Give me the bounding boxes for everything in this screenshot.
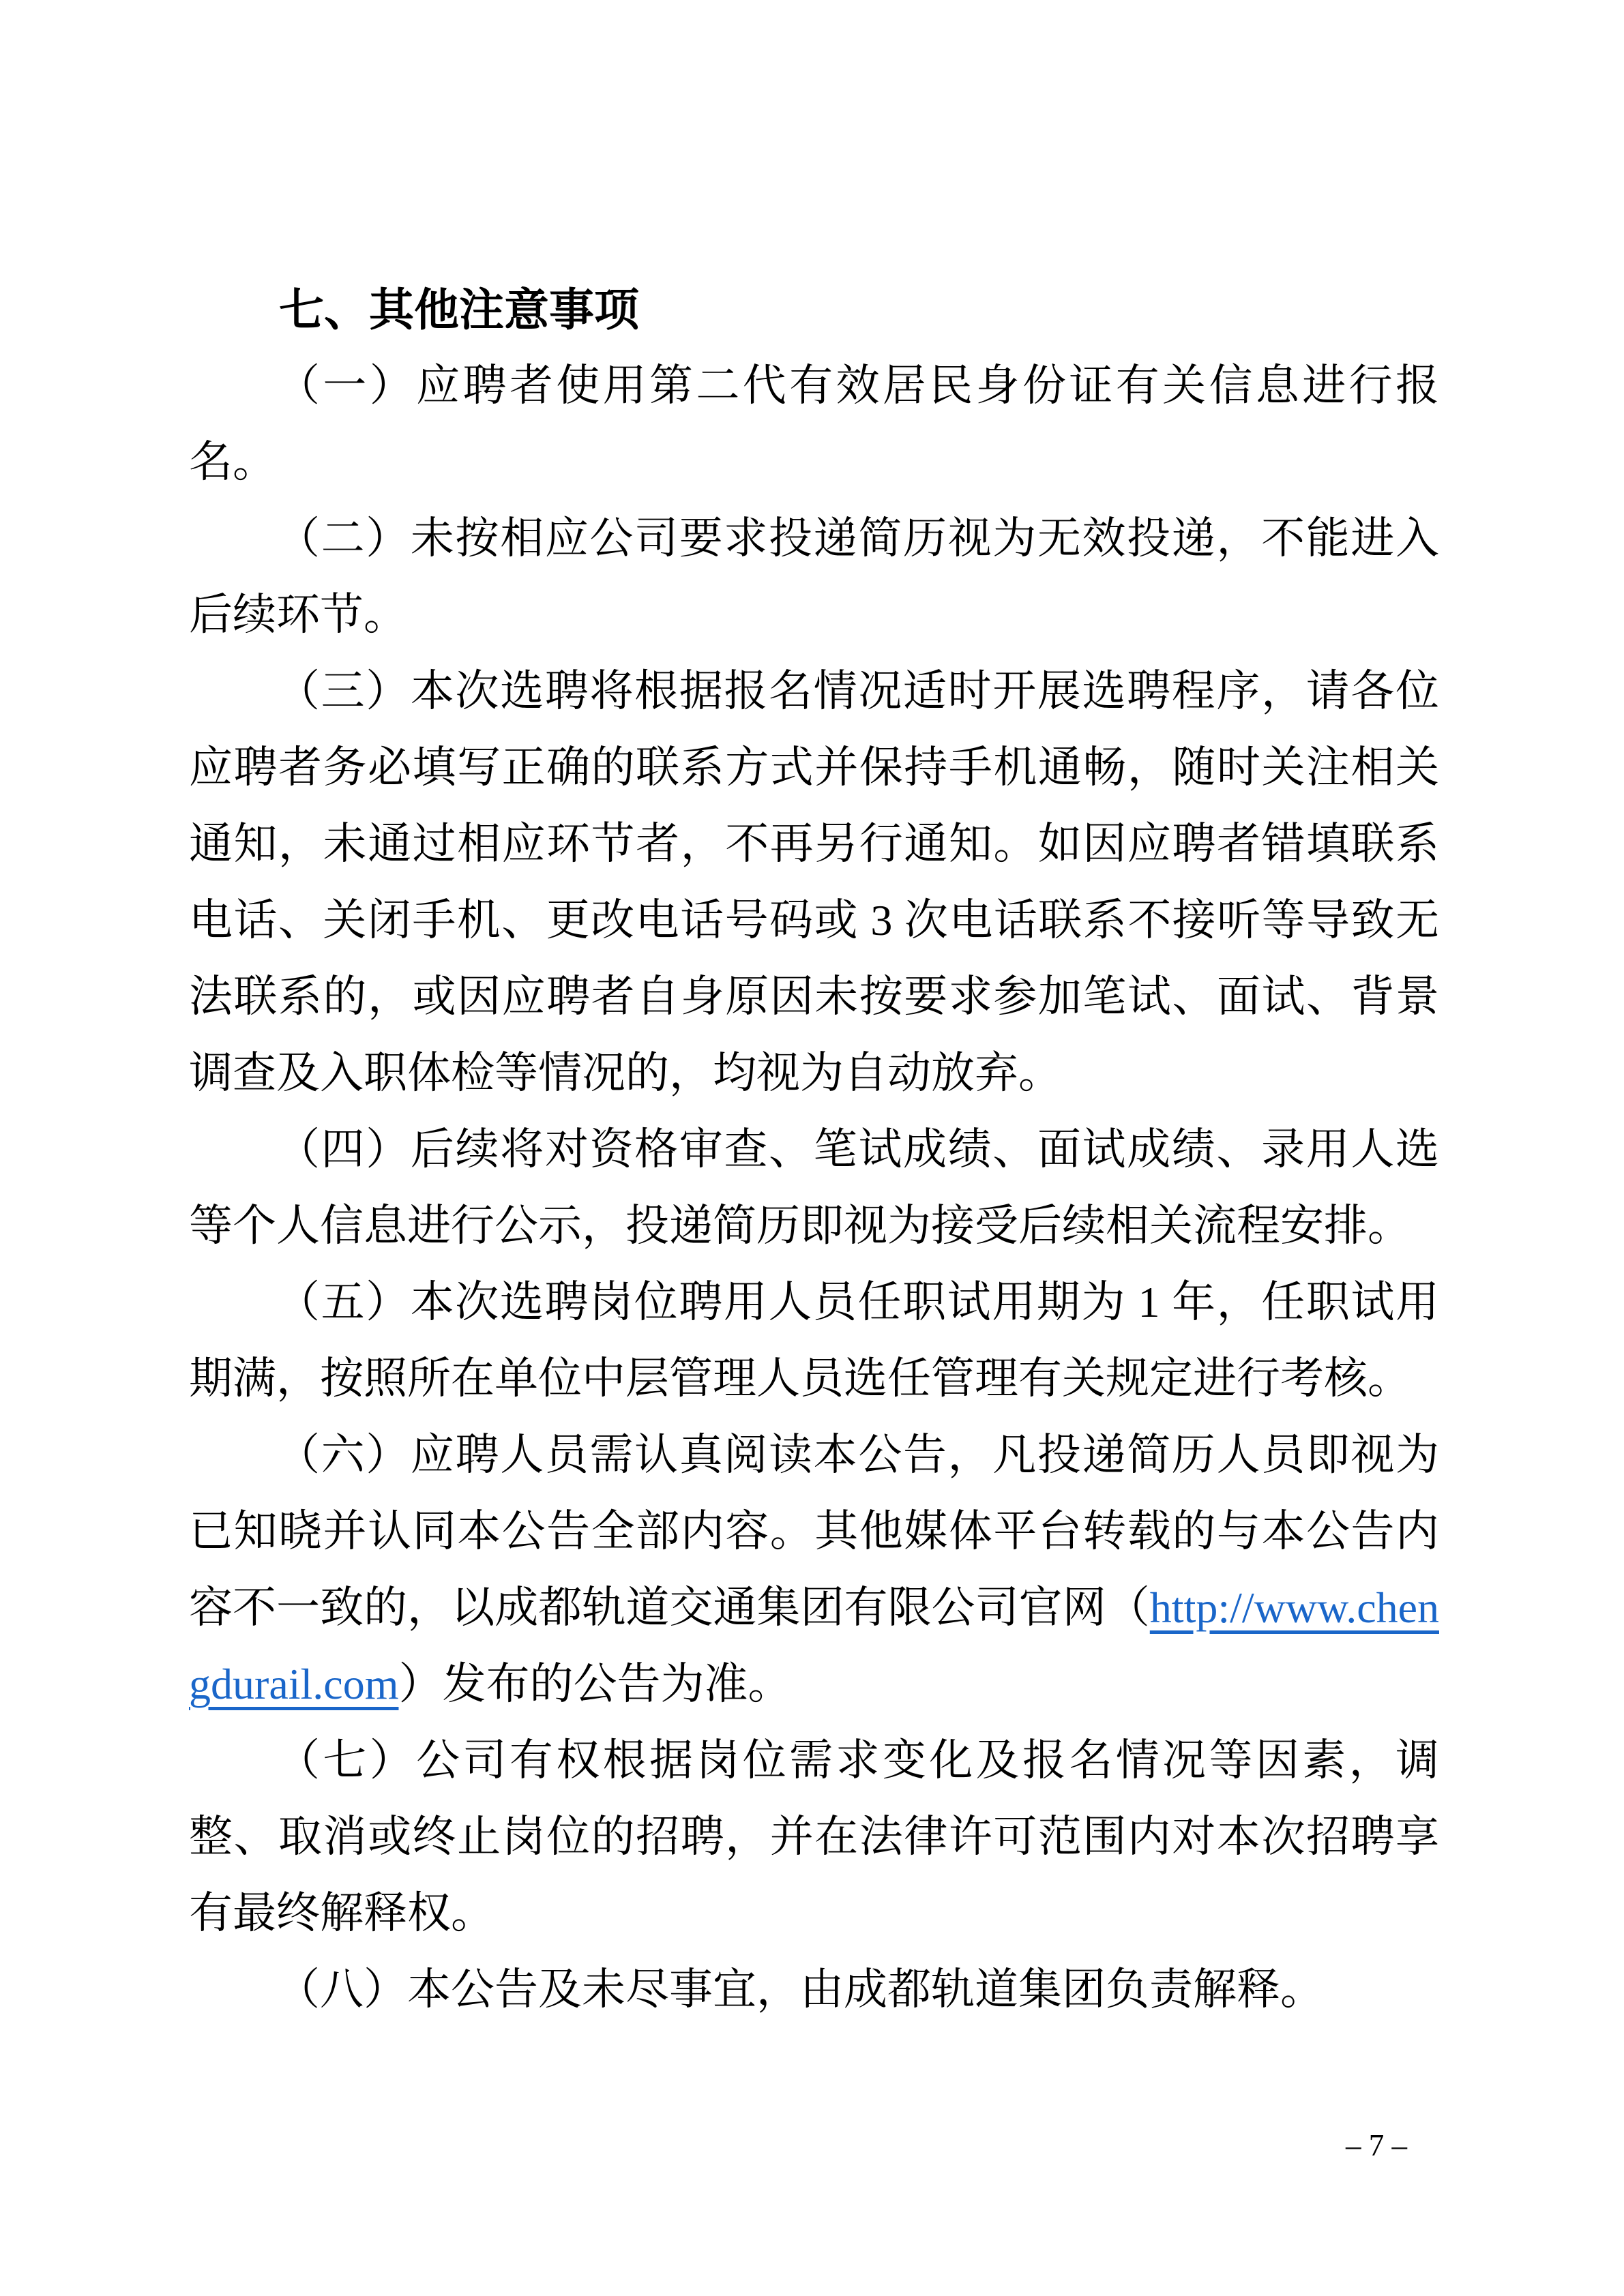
section-heading: 七、其他注意事项 [189,271,1439,348]
text-run: （七）公司有权根据岗位需求变化及报名情况等因素，调整、取消或终止岗位的招聘，并在… [189,1736,1439,1937]
text-run: ）发布的公告为准。 [398,1660,791,1708]
text-run: （三）本次选聘将根据报名情况适时开展选聘程序，请各位应聘者务必填写正确的联系方式… [189,667,1439,1097]
notice-section: 七、其他注意事项 （一）应聘者使用第二代有效居民身份证有关信息进行报名。（二）未… [189,271,1439,2028]
paragraph-4: （四）后续将对资格审查、笔试成绩、面试成绩、录用人选等个人信息进行公示，投递简历… [189,1112,1439,1264]
text-run: （八）本公告及未尽事宜，由成都轨道集团负责解释。 [276,1965,1324,2014]
text-run: （四）后续将对资格审查、笔试成绩、面试成绩、录用人选等个人信息进行公示，投递简历… [189,1125,1439,1250]
paragraph-3: （三）本次选聘将根据报名情况适时开展选聘程序，请各位应聘者务必填写正确的联系方式… [189,653,1439,1112]
text-run: （二）未按相应公司要求投递简历视为无效投递，不能进入后续环节。 [189,514,1439,639]
paragraph-7: （七）公司有权根据岗位需求变化及报名情况等因素，调整、取消或终止岗位的招聘，并在… [189,1723,1439,1952]
paragraph-2: （二）未按相应公司要求投递简历视为无效投递，不能进入后续环节。 [189,501,1439,653]
paragraph-6: （六）应聘人员需认真阅读本公告，凡投递简历人员即视为已知晓并认同本公告全部内容。… [189,1417,1439,1723]
page-number: – 7 – [1346,2126,1407,2164]
paragraph-list: （一）应聘者使用第二代有效居民身份证有关信息进行报名。（二）未按相应公司要求投递… [189,348,1439,2028]
text-run: （一）应聘者使用第二代有效居民身份证有关信息进行报名。 [189,361,1439,486]
paragraph-8: （八）本公告及未尽事宜，由成都轨道集团负责解释。 [189,1952,1439,2028]
paragraph-5: （五）本次选聘岗位聘用人员任职试用期为 1 年，任职试用期满，按照所在单位中层管… [189,1264,1439,1417]
paragraph-1: （一）应聘者使用第二代有效居民身份证有关信息进行报名。 [189,348,1439,501]
text-run: （五）本次选聘岗位聘用人员任职试用期为 1 年，任职试用期满，按照所在单位中层管… [189,1278,1439,1403]
document-page: 七、其他注意事项 （一）应聘者使用第二代有效居民身份证有关信息进行报名。（二）未… [0,0,1624,2296]
